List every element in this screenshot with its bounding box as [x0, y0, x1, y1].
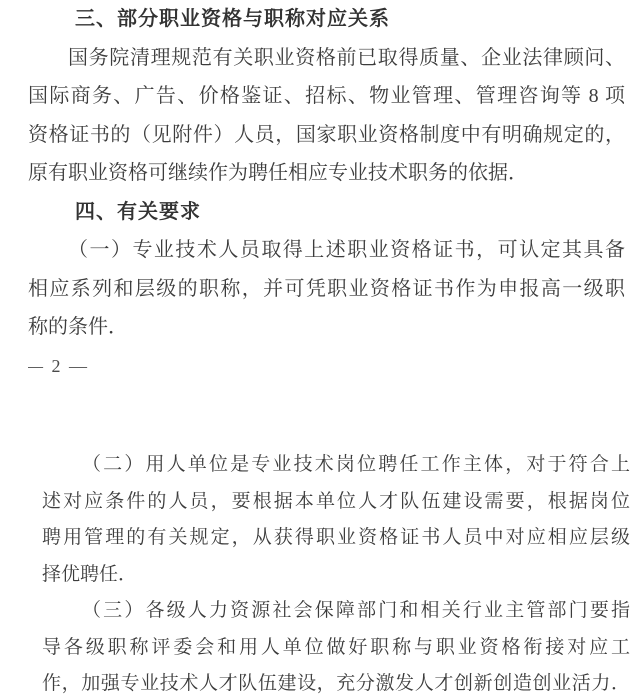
section-heading-3: 三、部分职业资格与职称对应关系 [28, 0, 625, 39]
doc-line: 国际商务、广告、价格鉴证、招标、物业管理、管理咨询等 8 项 [28, 77, 625, 116]
doc-line: 作，加强专业技术人才队伍建设，充分激发人才创新创造创业活力． [42, 666, 630, 697]
doc-line: （二）用人单位是专业技术岗位聘任工作主体，对于符合上 [42, 447, 630, 484]
document-page-3: （二）用人单位是专业技术岗位聘任工作主体，对于符合上 述对应条件的人员，要根据本… [0, 447, 633, 697]
section-heading-4: 四、有关要求 [28, 193, 625, 232]
doc-line: （三）各级人力资源社会保障部门和相关行业主管部门要指 [42, 593, 630, 630]
doc-line: 导各级职称评委会和用人单位做好职称与职业资格衔接对应工 [42, 630, 630, 667]
doc-line: 称的条件． [28, 308, 625, 347]
document-page-2: 三、部分职业资格与职称对应关系 国务院清理规范有关职业资格前已取得质量、企业法律… [0, 0, 633, 385]
doc-line: 国务院清理规范有关职业资格前已取得质量、企业法律顾问、 [28, 39, 625, 78]
page-number: — 2 — [28, 347, 625, 386]
doc-line: 述对应条件的人员，要根据本单位人才队伍建设需要，根据岗位 [42, 484, 630, 521]
doc-line: 择优聘任． [42, 557, 630, 594]
doc-line: 相应系列和层级的职称，并可凭职业资格证书作为申报高一级职 [28, 270, 625, 309]
doc-line: 聘用管理的有关规定，从获得职业资格证书人员中对应相应层级 [42, 520, 630, 557]
doc-line: （一）专业技术人员取得上述职业资格证书，可认定其具备 [28, 231, 625, 270]
doc-line: 原有职业资格可继续作为聘任相应专业技术职务的依据． [28, 154, 625, 193]
doc-line: 资格证书的（见附件）人员，国家职业资格制度中有明确规定的， [28, 116, 625, 155]
